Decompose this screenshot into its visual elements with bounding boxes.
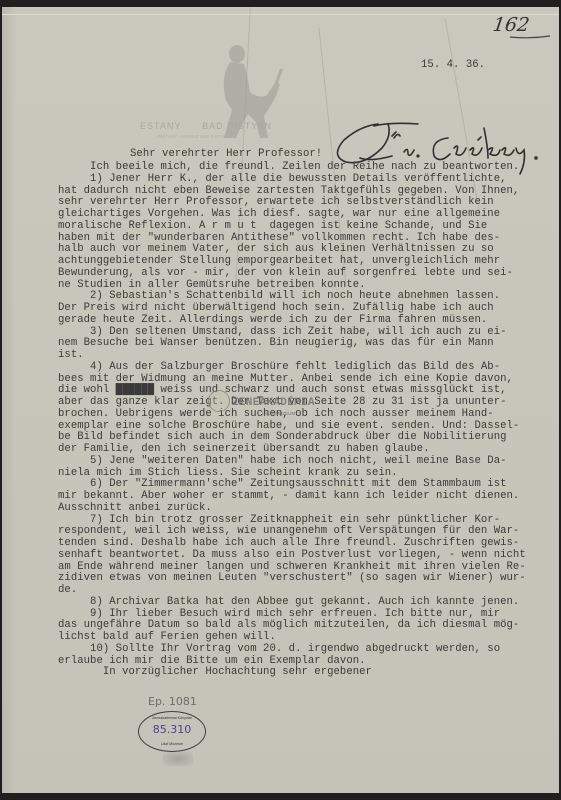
body-line: lichst bald auf Ferien gehen will. xyxy=(58,632,526,644)
letter-date: 15. 4. 36. xyxy=(421,59,485,71)
folio-underline-icon xyxy=(510,34,550,40)
folio-number: 162 xyxy=(491,14,530,36)
body-line: gleichartiges Vorgehen. Was ich diesf. s… xyxy=(58,209,526,221)
body-line: Bewunderung, als vor - mir, der von klei… xyxy=(58,268,526,280)
body-line: 8) Archivar Batka hat den Abbee gut geka… xyxy=(58,597,526,609)
body-line: moralische Reflexion. A r m u t dagegen … xyxy=(58,221,526,233)
body-line: Ausschnitt anbei zurück. xyxy=(58,503,526,515)
letter-body: Ich beeile mich, die freundl. Zeilen der… xyxy=(58,162,526,679)
library-stamp-subtext: LISZT MÚZEUM xyxy=(262,411,295,416)
body-line: tenden sind. Deshalb habe ich auch alle … xyxy=(58,538,526,550)
page-top-edge xyxy=(2,14,559,15)
library-stamp-text: ZENEAKADÉMIA xyxy=(232,397,315,409)
archive-stamp-top-text: Zeneakadémiai Könyvtár xyxy=(139,716,205,720)
archive-stamp-number: 85.310 xyxy=(139,723,205,736)
archive-stamp-bottom-text: Liszt Múzeum xyxy=(139,742,205,746)
body-line: 5) Jene "weiteren Daten" habe ich noch n… xyxy=(58,456,526,468)
body-line: Der Preis wird nicht überwältigend hoch … xyxy=(58,303,526,315)
salutation: Sehr verehrter Herr Professor! xyxy=(130,148,322,160)
letterhead-emblem-icon xyxy=(132,38,352,148)
archive-reference: Ep. 1081 xyxy=(148,695,197,708)
body-line: achtunggebietender Stellung emporgearbei… xyxy=(58,256,526,268)
ink-smudge xyxy=(163,752,193,766)
body-line: zidiven etwas von meinen Leuten "verschu… xyxy=(58,573,526,585)
body-line: ist. xyxy=(58,350,526,362)
body-line: 10) Sollte Ihr Vortrag vom 20. d. irgend… xyxy=(58,644,526,656)
body-line: Ich beeile mich, die freundl. Zeilen der… xyxy=(58,162,526,174)
letterhead-subtext: ... PIŠŤANY · KÚPELE BAD PISTYAN · ... xyxy=(153,134,237,139)
body-line: senhaft beantwortet. Da muss also ein Po… xyxy=(58,550,526,562)
body-line: gerade heute Zeit. Allerdings werde ich … xyxy=(58,315,526,327)
body-line: In vorzüglicher Hochachtung sehr ergeben… xyxy=(58,667,526,679)
body-line: de. xyxy=(58,585,526,597)
body-line: nem Besuche bei Wanser benützen. Bin neu… xyxy=(58,338,526,350)
body-line: 1) Jener Herr K., der alle die bewussten… xyxy=(58,174,526,186)
archive-stamp: Zeneakadémiai Könyvtár 85.310 Liszt Múze… xyxy=(138,711,206,752)
body-line: mir bekannt. Aber woher er stammt, - dam… xyxy=(58,491,526,503)
letterhead-text: ESTANY BAD PISTYAN xyxy=(140,121,272,131)
body-line: 4) Aus der Salzburger Broschüre fehlt le… xyxy=(58,362,526,374)
library-stamp-emblem-icon xyxy=(208,390,230,412)
body-line: der Familie, den ich seinerzeit übersand… xyxy=(58,444,526,456)
